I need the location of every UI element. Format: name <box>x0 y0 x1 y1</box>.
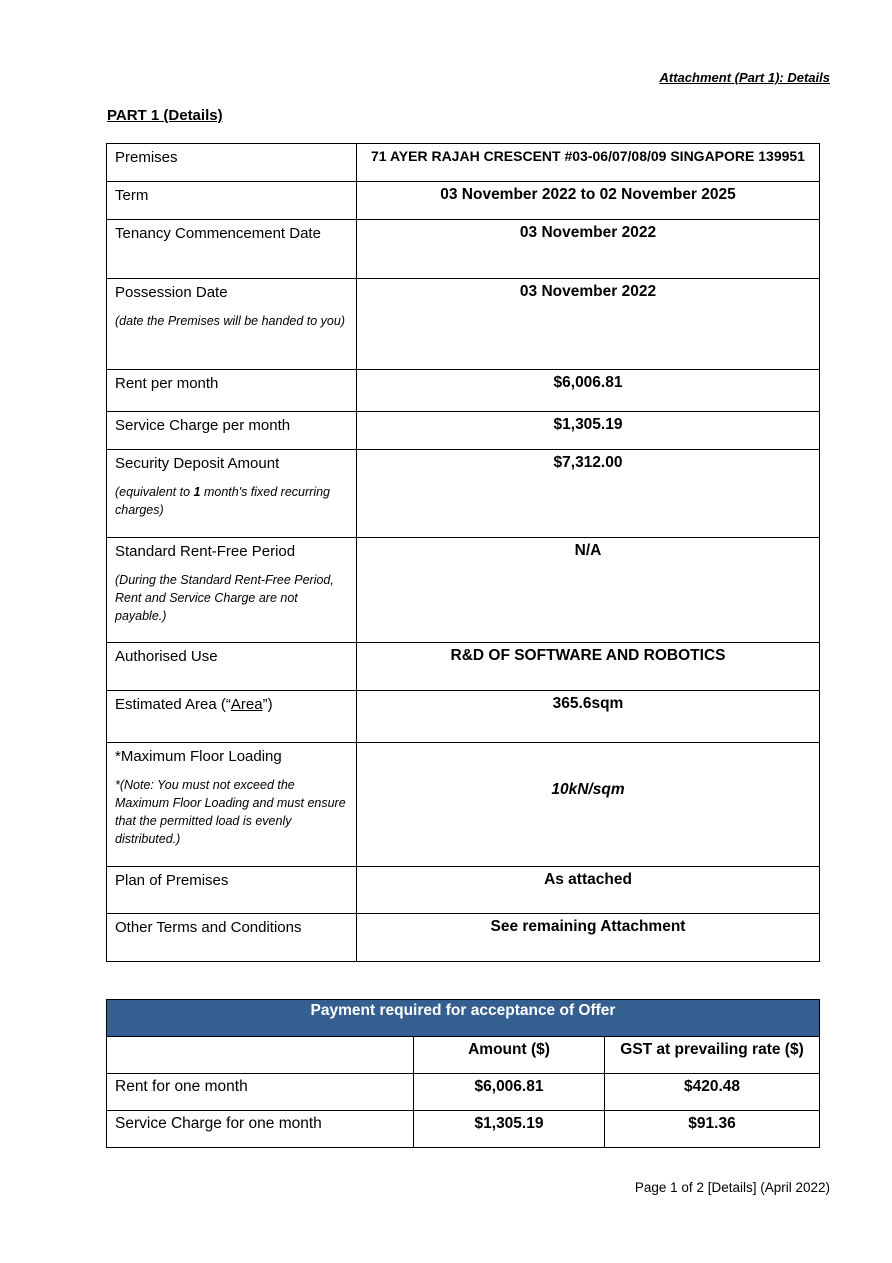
deposit-value: $7,312.00 <box>554 454 623 471</box>
possession-label: Possession Date <box>115 282 348 304</box>
payment-row-gst: $420.48 <box>605 1074 820 1111</box>
other-terms-value: See remaining Attachment <box>491 918 686 935</box>
floor-loading-note: *(Note: You must not exceed the Maximum … <box>115 776 348 848</box>
premises-value: 71 AYER RAJAH CRESCENT #03-06/07/08/09 S… <box>371 148 805 164</box>
row-floor-loading: *Maximum Floor Loading *(Note: You must … <box>107 743 820 867</box>
rent-free-value: N/A <box>575 542 602 559</box>
payment-banner: Payment required for acceptance of Offer <box>107 1000 820 1037</box>
payment-row-gst: $91.36 <box>605 1111 820 1148</box>
row-authorised-use: Authorised Use R&D OF SOFTWARE AND ROBOT… <box>107 643 820 691</box>
row-rent-free: Standard Rent-Free Period (During the St… <box>107 538 820 643</box>
deposit-note: (equivalent to 1 month's fixed recurring… <box>115 483 348 519</box>
commencement-value: 03 November 2022 <box>520 224 656 241</box>
service-charge-value: $1,305.19 <box>554 416 623 433</box>
row-rent: Rent per month $6,006.81 <box>107 370 820 412</box>
deposit-label: Security Deposit Amount <box>115 453 348 475</box>
row-area: Estimated Area (“Area”) 365.6sqm <box>107 691 820 743</box>
premises-label: Premises <box>115 147 348 169</box>
service-charge-label: Service Charge per month <box>115 415 348 437</box>
row-commencement: Tenancy Commencement Date 03 November 20… <box>107 220 820 279</box>
payment-row-amount: $1,305.19 <box>414 1111 605 1148</box>
area-value: 365.6sqm <box>553 695 624 712</box>
payment-header-row: Amount ($) GST at prevailing rate ($) <box>107 1037 820 1074</box>
authorised-use-label: Authorised Use <box>115 646 348 668</box>
rent-free-note: (During the Standard Rent-Free Period, R… <box>115 571 348 625</box>
payment-row: Service Charge for one month $1,305.19 $… <box>107 1111 820 1148</box>
possession-note: (date the Premises will be handed to you… <box>115 312 348 330</box>
plan-label: Plan of Premises <box>115 870 348 892</box>
page-footer: Page 1 of 2 [Details] (April 2022) <box>635 1180 830 1195</box>
possession-value: 03 November 2022 <box>520 283 656 300</box>
term-value: 03 November 2022 to 02 November 2025 <box>440 186 736 203</box>
row-possession: Possession Date (date the Premises will … <box>107 279 820 370</box>
authorised-use-value: R&D OF SOFTWARE AND ROBOTICS <box>451 647 726 664</box>
part-title: PART 1 (Details) <box>107 107 223 124</box>
row-premises: Premises 71 AYER RAJAH CRESCENT #03-06/0… <box>107 144 820 182</box>
payment-col-amount: Amount ($) <box>414 1037 605 1074</box>
payment-col-empty <box>107 1037 414 1074</box>
floor-loading-label: *Maximum Floor Loading <box>115 746 348 768</box>
row-plan: Plan of Premises As attached <box>107 867 820 914</box>
area-label: Estimated Area (“Area”) <box>115 694 348 716</box>
attachment-header: Attachment (Part 1): Details <box>660 70 830 85</box>
rent-value: $6,006.81 <box>554 374 623 391</box>
payment-row-label: Rent for one month <box>107 1074 414 1111</box>
row-service-charge: Service Charge per month $1,305.19 <box>107 412 820 450</box>
term-label: Term <box>115 185 348 207</box>
details-table: Premises 71 AYER RAJAH CRESCENT #03-06/0… <box>106 143 820 962</box>
other-terms-label: Other Terms and Conditions <box>115 917 348 939</box>
row-deposit: Security Deposit Amount (equivalent to 1… <box>107 450 820 538</box>
rent-label: Rent per month <box>115 373 348 395</box>
rent-free-label: Standard Rent-Free Period <box>115 541 348 563</box>
plan-value: As attached <box>544 871 632 888</box>
commencement-label: Tenancy Commencement Date <box>115 223 348 245</box>
payment-col-gst: GST at prevailing rate ($) <box>605 1037 820 1074</box>
payment-row-amount: $6,006.81 <box>414 1074 605 1111</box>
row-other-terms: Other Terms and Conditions See remaining… <box>107 914 820 962</box>
floor-loading-value: 10kN/sqm <box>551 781 624 798</box>
payment-table: Payment required for acceptance of Offer… <box>106 999 820 1148</box>
payment-row-label: Service Charge for one month <box>107 1111 414 1148</box>
row-term: Term 03 November 2022 to 02 November 202… <box>107 182 820 220</box>
payment-row: Rent for one month $6,006.81 $420.48 <box>107 1074 820 1111</box>
